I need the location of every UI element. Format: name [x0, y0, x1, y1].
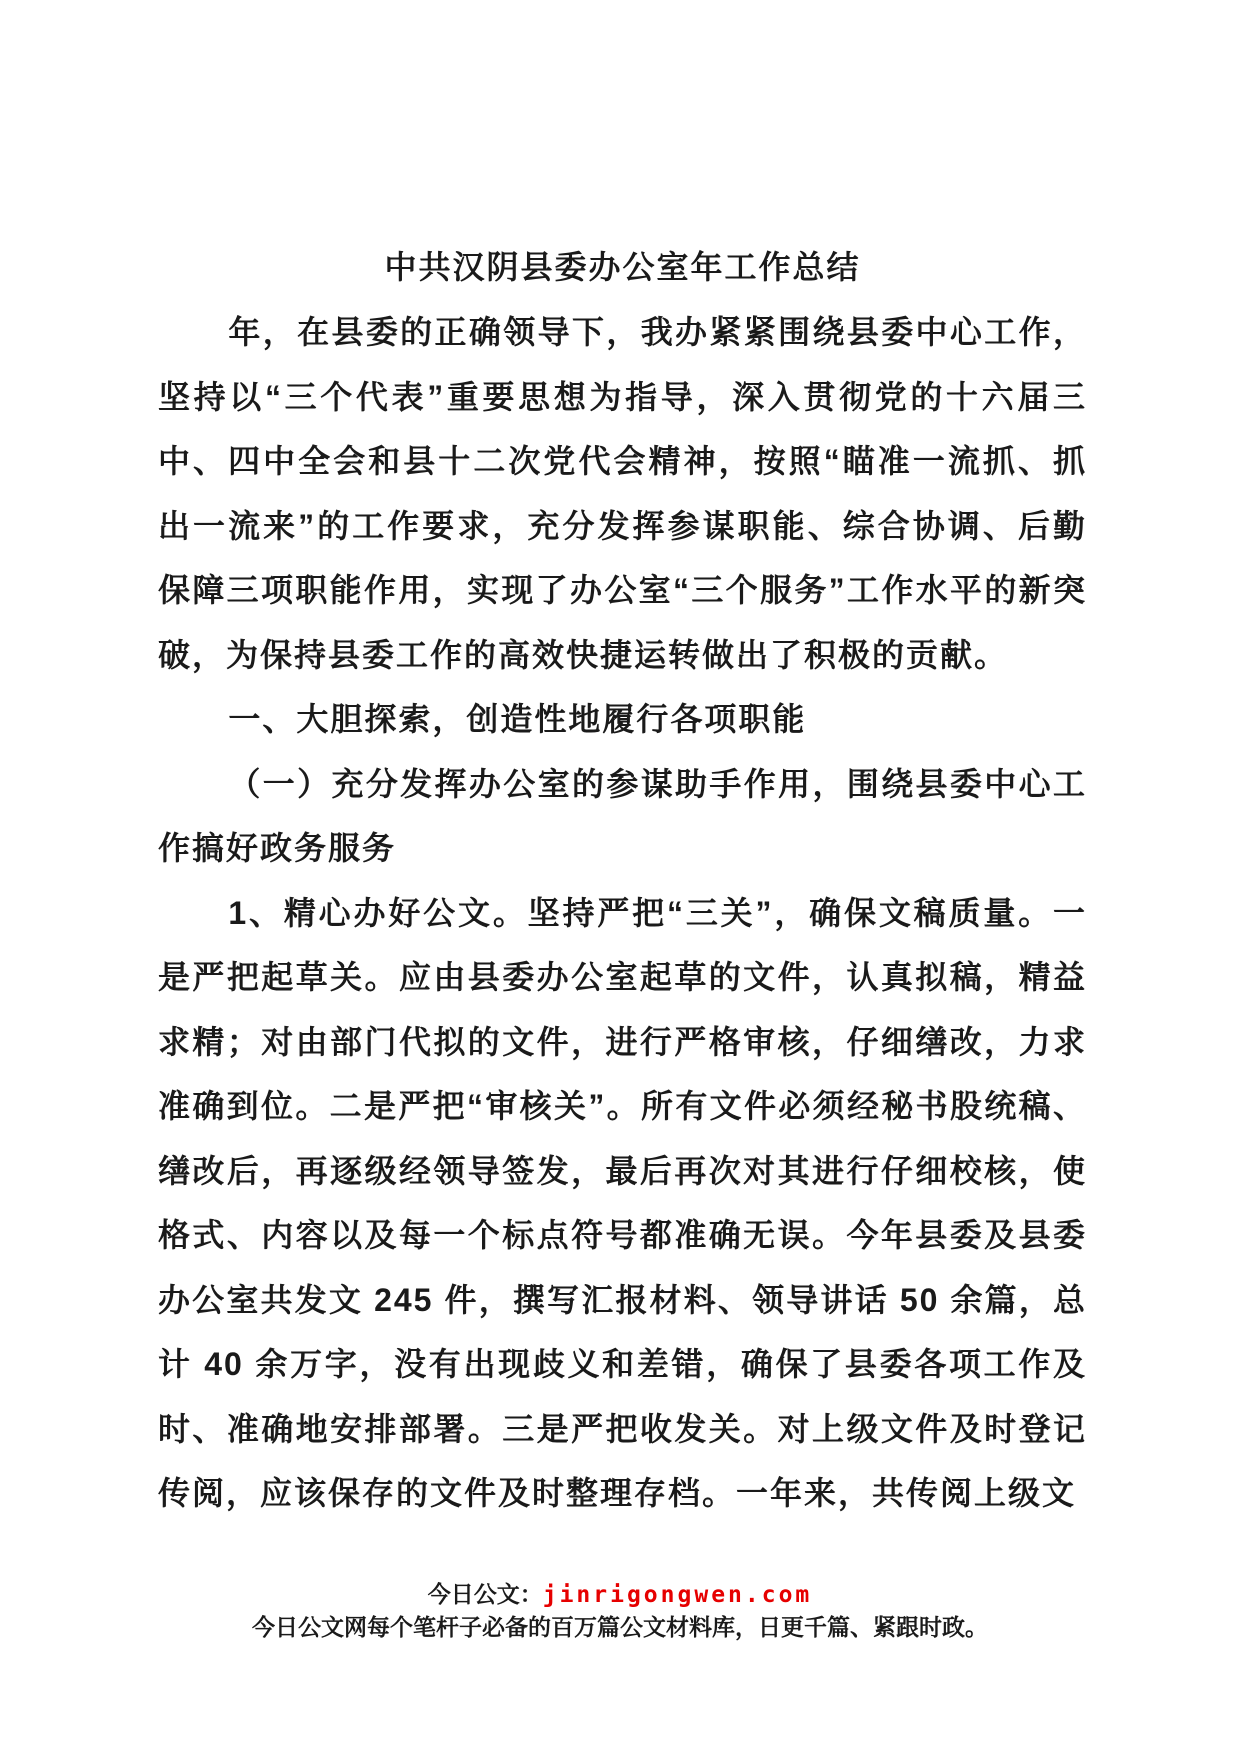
paragraph-point-one: 1、精心办好公文。坚持严把“三关”，确保文稿质量。一是严把起草关。应由县委办公室…: [158, 881, 1087, 1526]
document-title: 中共汉阴县委办公室年工作总结: [158, 234, 1087, 300]
paragraph-intro: 年，在县委的正确领导下，我办紧紧围绕县委中心工作，坚持以“三个代表”重要思想为指…: [158, 300, 1087, 687]
document-page: 中共汉阴县委办公室年工作总结 年，在县委的正确领导下，我办紧紧围绕县委中心工作，…: [0, 0, 1240, 1754]
page-footer: 今日公文：jinrigongwen.com 今日公文网每个笔杆子必备的百万篇公文…: [0, 1578, 1240, 1643]
footer-site-label: 今日公文：: [428, 1581, 543, 1607]
footer-tagline: 今日公文网每个笔杆子必备的百万篇公文材料库，日更千篇、紧跟时政。: [0, 1611, 1240, 1643]
footer-site-url[interactable]: jinrigongwen.com: [543, 1582, 813, 1608]
document-content: 中共汉阴县委办公室年工作总结 年，在县委的正确领导下，我办紧紧围绕县委中心工作，…: [158, 234, 1087, 1526]
footer-site-line: 今日公文：jinrigongwen.com: [0, 1578, 1240, 1611]
heading-subsection-one-one: （一）充分发挥办公室的参谋助手作用，围绕县委中心工作搞好政务服务: [158, 752, 1087, 881]
heading-section-one: 一、大胆探索，创造性地履行各项职能: [158, 687, 1087, 752]
